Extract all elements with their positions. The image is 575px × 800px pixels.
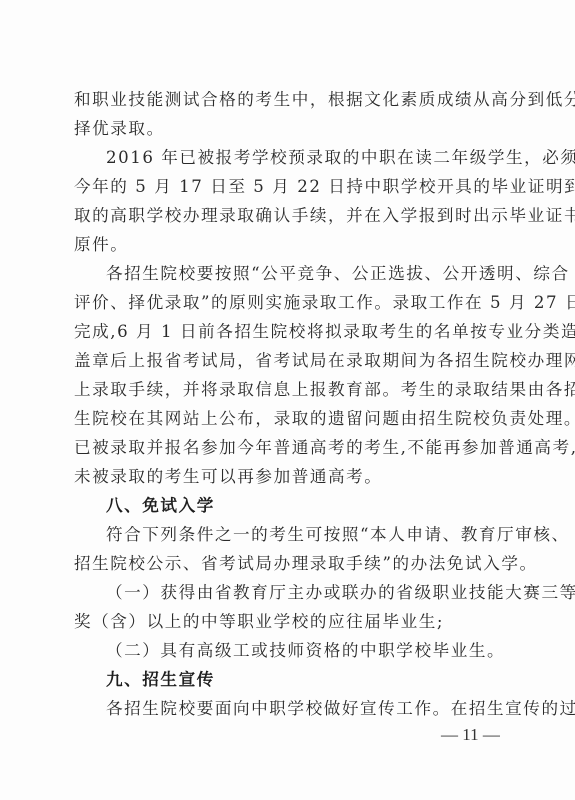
body-line: 盖章后上报省考试局，省考试局在录取期间为各招生院校办理网	[74, 351, 510, 371]
page-number: — 11 —	[441, 725, 500, 745]
body-line: 奖（含）以上的中等职业学校的应往届毕业生;	[74, 612, 510, 632]
body-line: 生院校在其网站上公布，录取的遗留问题由招生院校负责处理。	[74, 409, 510, 429]
list-item-line: （二）具有高级工或技师资格的中职学校毕业生。	[106, 641, 510, 661]
paragraph-start-line: 2016 年已被报考学校预录取的中职在读二年级学生，必须在	[106, 148, 510, 168]
body-line: 评价、择优录取”的原则实施录取工作。录取工作在 5 月 27 日前	[74, 293, 510, 313]
paragraph-start-line: 各招生院校要面向中职学校做好宣传工作。在招生宣传的过	[106, 699, 510, 719]
paragraph-start-line: 各招生院校要按照“公平竞争、公正选拔、公开透明、综合	[106, 264, 510, 284]
body-line: 完成,6 月 1 日前各招生院校将拟录取考生的名单按专业分类造册	[74, 322, 510, 342]
body-line: 原件。	[74, 235, 510, 255]
list-item-line: （一）获得由省教育厅主办或联办的省级职业技能大赛三等	[106, 583, 510, 603]
section-heading-exemption: 八、免试入学	[106, 496, 510, 516]
section-heading-publicity: 九、招生宣传	[106, 670, 510, 690]
paragraph-start-line: 符合下列条件之一的考生可按照“本人申请、教育厅审核、	[106, 525, 510, 545]
document-page: 和职业技能测试合格的考生中，根据文化素质成绩从高分到低分 择优录取。 2016 …	[0, 0, 575, 800]
body-line: 招生院校公示、省考试局办理录取手续”的办法免试入学。	[74, 554, 510, 574]
body-line: 上录取手续，并将录取信息上报教育部。考生的录取结果由各招	[74, 380, 510, 400]
body-line: 未被录取的考生可以再参加普通高考。	[74, 467, 510, 487]
body-line: 今年的 5 月 17 日至 5 月 22 日持中职学校开具的毕业证明到预录	[74, 177, 510, 197]
body-line: 已被录取并报名参加今年普通高考的考生,不能再参加普通高考,	[74, 438, 510, 458]
body-line: 择优录取。	[74, 119, 510, 139]
body-line: 和职业技能测试合格的考生中，根据文化素质成绩从高分到低分	[74, 90, 510, 110]
body-line: 取的高职学校办理录取确认手续，并在入学报到时出示毕业证书	[74, 206, 510, 226]
